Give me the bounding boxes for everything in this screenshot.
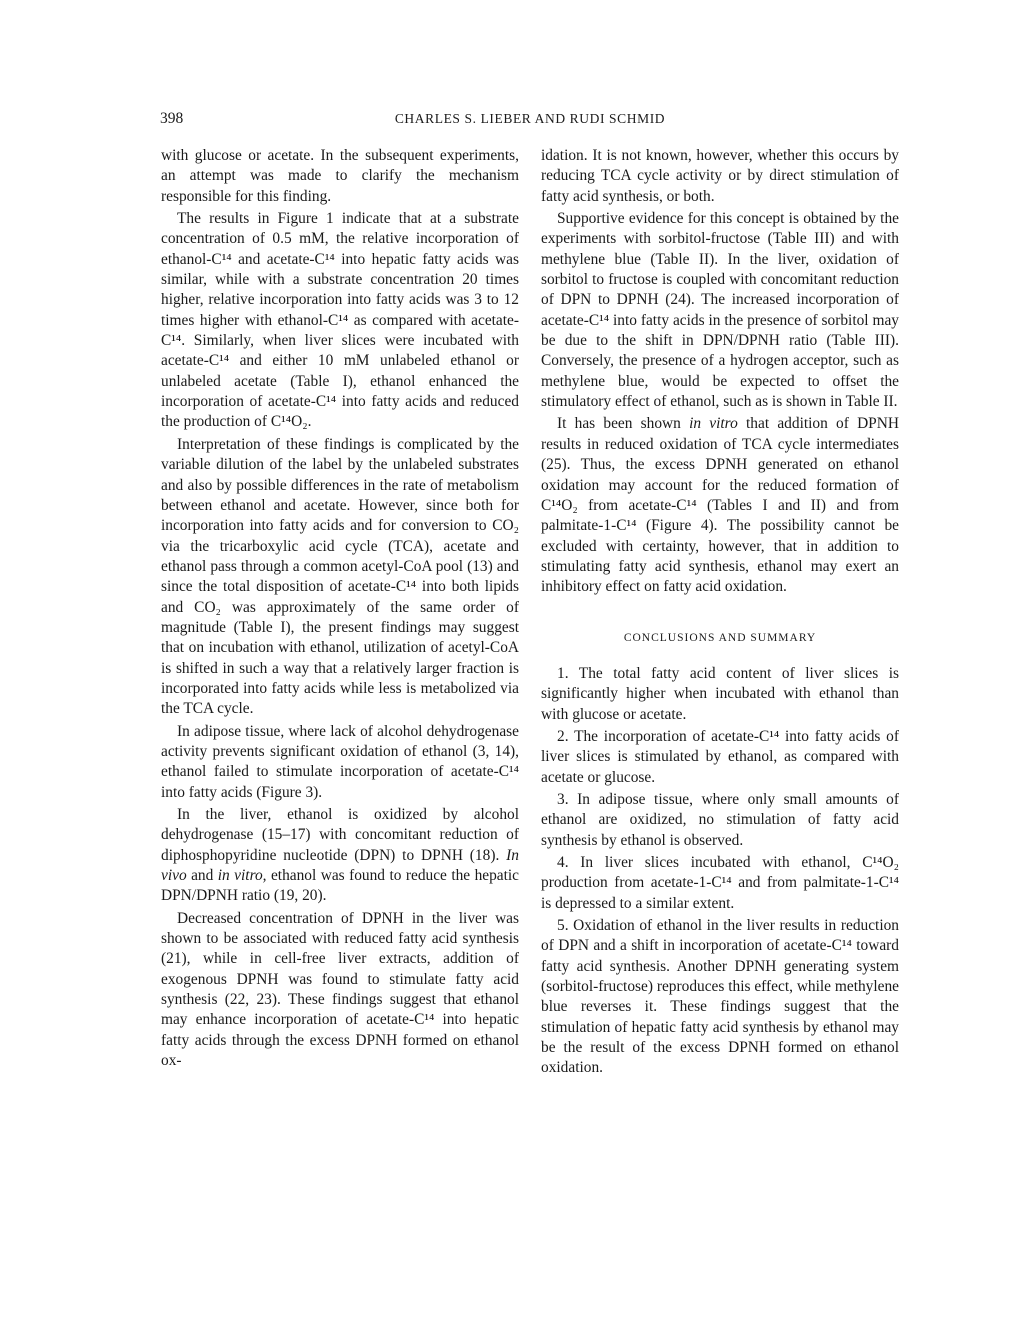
conclusion-item: 3. In adipose tissue, where only small a… <box>541 790 899 851</box>
text-run: It has been shown <box>557 415 689 432</box>
paragraph: with glucose or acetate. In the subseque… <box>161 146 519 207</box>
paragraph: Decreased concentration of DPNH in the l… <box>161 909 519 1072</box>
italic-term: in vitro, <box>218 867 267 884</box>
page-header: 398 CHARLES S. LIEBER AND RUDI SCHMID <box>160 110 900 132</box>
text-run: and <box>187 867 218 884</box>
paragraph: The results in Figure 1 indicate that at… <box>161 209 519 433</box>
paragraph: In adipose tissue, where lack of alcohol… <box>161 722 519 803</box>
paragraph: Supportive evidence for this concept is … <box>541 209 899 412</box>
italic-term: in vitro <box>689 415 738 432</box>
section-heading: CONCLUSIONS AND SUMMARY <box>541 628 899 648</box>
running-head: CHARLES S. LIEBER AND RUDI SCHMID <box>160 111 900 127</box>
conclusion-item: 5. Oxidation of ethanol in the liver res… <box>541 916 899 1079</box>
conclusion-item: 2. The incorporation of acetate-C¹⁴ into… <box>541 727 899 788</box>
text-run: that addition of DPNH results in reduced… <box>541 415 899 595</box>
paragraph: Interpretation of these findings is comp… <box>161 435 519 720</box>
text-run: In the liver, ethanol is oxidized by alc… <box>161 806 519 864</box>
paragraph: It has been shown in vitro that addition… <box>541 414 899 597</box>
conclusion-item: 4. In liver slices incubated with ethano… <box>541 853 899 914</box>
paragraph: In the liver, ethanol is oxidized by alc… <box>161 805 519 907</box>
conclusion-item: 1. The total fatty acid content of liver… <box>541 664 899 725</box>
left-column: with glucose or acetate. In the subseque… <box>161 146 519 1073</box>
right-column: idation. It is not known, however, wheth… <box>541 146 899 1081</box>
paragraph: idation. It is not known, however, wheth… <box>541 146 899 207</box>
